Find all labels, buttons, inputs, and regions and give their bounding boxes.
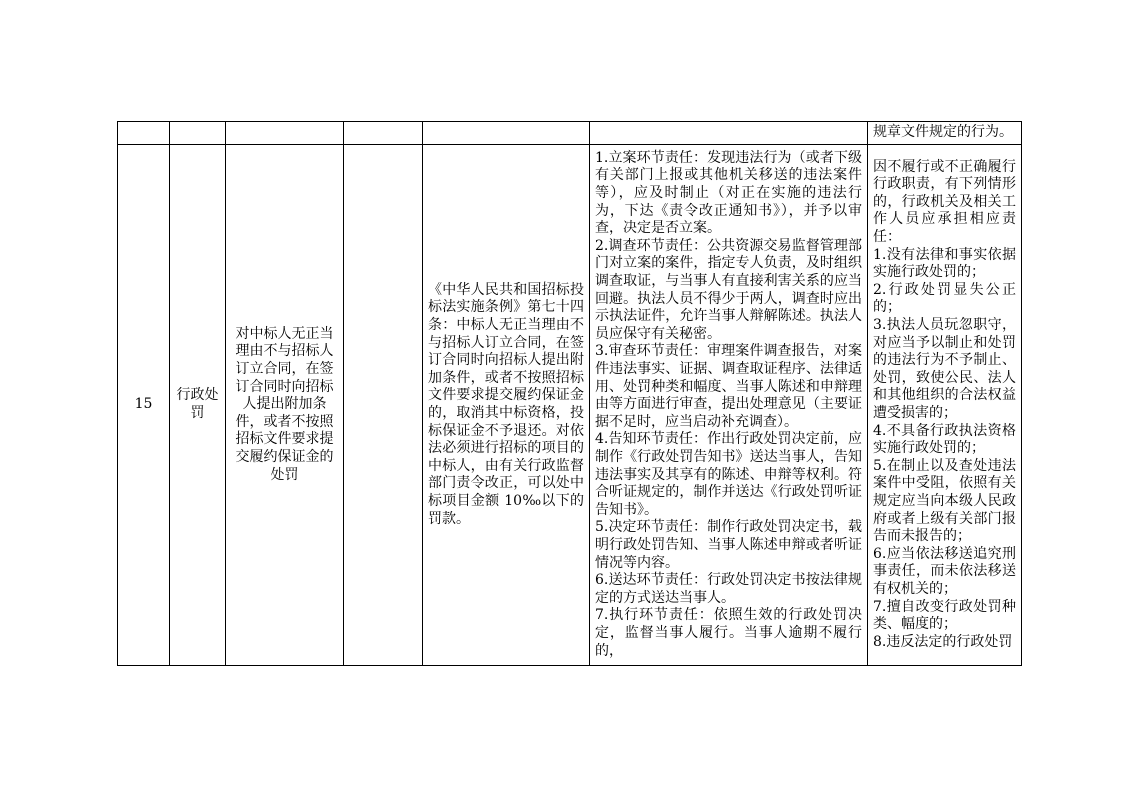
cell-accountability-situations: 因不履行或不正确履行行政职责，有下列情形的，行政机关及相关工作人员应承担相应责任…: [868, 145, 1022, 666]
duty-step-enforcement: 7.执行环节责任：依照生效的行政处罚决定，监督当事人履行。当事人逾期不履行的，: [595, 607, 862, 660]
penalty-responsibility-table: 规章文件规定的行为。 15 行政处罚 对中标人无正当理由不与招标人订立合同，在签…: [117, 121, 1022, 666]
cell-legal-basis: 《中华人民共和国招标投标法实施条例》第七十四条：中标人无正当理由不与招标人订立合…: [423, 145, 590, 666]
cell-cont-accountability-tail: 规章文件规定的行为。: [868, 122, 1022, 145]
accountability-item: 4.不具备行政执法资格实施行政处罚的；: [873, 423, 1016, 458]
cell-cont-duties: [590, 122, 868, 145]
cell-penalty-item: 对中标人无正当理由不与招标人订立合同，在签订合同时向招标人提出附加条件，或者不按…: [226, 145, 344, 666]
accountability-item: 2.行政处罚显失公正的；: [873, 282, 1016, 317]
accountability-item: 7.擅自改变行政处罚种类、幅度的；: [873, 599, 1016, 634]
accountability-intro: 因不履行或不正确履行行政职责，有下列情形的，行政机关及相关工作人员应承担相应责任…: [873, 159, 1016, 247]
cell-seq-number: 15: [118, 145, 170, 666]
accountability-item: 6.应当依法移送追究刑事责任，而未依法移送有权机关的；: [873, 546, 1016, 599]
accountability-item: 1.没有法律和事实依据实施行政处罚的；: [873, 247, 1016, 282]
cell-penalty-category: 行政处罚: [170, 145, 226, 666]
duty-step-delivery: 6.送达环节责任：行政处罚决定书按法律规定的方式送达当事人。: [595, 572, 862, 607]
cell-cont-seq: [118, 122, 170, 145]
cell-duty-steps: 1.立案环节责任：发现违法行为（或者下级有关部门上报或其他机关移送的违法案件等）…: [590, 145, 868, 666]
cell-cont-item: [226, 122, 344, 145]
duty-step-filing: 1.立案环节责任：发现违法行为（或者下级有关部门上报或其他机关移送的违法案件等）…: [595, 150, 862, 238]
accountability-item: 8.违反法定的行政处罚: [873, 634, 1016, 652]
document-page: 规章文件规定的行为。 15 行政处罚 对中标人无正当理由不与招标人订立合同，在签…: [0, 0, 1122, 793]
accountability-item: 3.执法人员玩忽职守，对应当予以制止和处罚的违法行为不予制止、处罚，致使公民、法…: [873, 317, 1016, 423]
duty-step-review: 3.审查环节责任：审理案件调查报告，对案件违法事实、证据、调查取证程序、法律适用…: [595, 343, 862, 431]
table-row-entry-15: 15 行政处罚 对中标人无正当理由不与招标人订立合同，在签订合同时向招标人提出附…: [118, 145, 1022, 666]
duty-step-investigation: 2.调查环节责任：公共资源交易监督管理部门对立案的案件，指定专人负责，及时组织调…: [595, 238, 862, 344]
accountability-item: 5.在制止以及查处违法案件中受阻，依照有关规定应当向本级人民政府或者上级有关部门…: [873, 458, 1016, 546]
cell-cont-legal-basis: [423, 122, 590, 145]
cell-cont-blank: [344, 122, 423, 145]
duty-step-decision: 5.决定环节责任：制作行政处罚决定书，载明行政处罚告知、当事人陈述申辩或者听证情…: [595, 519, 862, 572]
duty-step-notification: 4.告知环节责任：作出行政处罚决定前，应制作《行政处罚告知书》送达当事人，告知违…: [595, 431, 862, 519]
cell-cont-category: [170, 122, 226, 145]
table-row-continuation: 规章文件规定的行为。: [118, 122, 1022, 145]
cell-blank-column: [344, 145, 423, 666]
